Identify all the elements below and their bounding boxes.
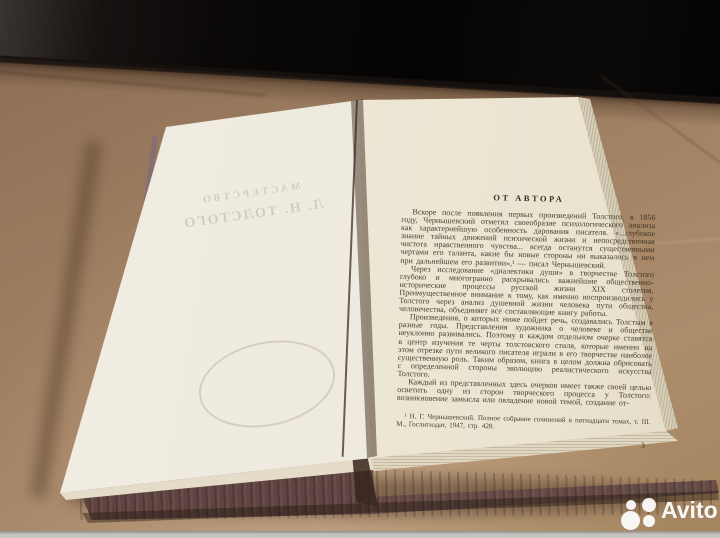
paragraph: Вскоре после появления первых произведен… xyxy=(400,208,655,271)
floor-strip xyxy=(0,531,720,538)
avito-logo-dot-icon xyxy=(626,500,636,510)
avito-watermark: Avito xyxy=(620,493,720,535)
avito-logo-dot-icon xyxy=(642,498,656,512)
paragraph: Произведения, о которых ниже пойдет речь… xyxy=(397,313,653,384)
avito-logo-dot-icon xyxy=(643,515,655,527)
page-text-block: ОТ АВТОРА Вскоре после появления первых … xyxy=(396,190,656,450)
paragraph: Каждый из представленных здесь очерков и… xyxy=(397,378,652,408)
avito-logo-dot-icon xyxy=(621,511,640,530)
avito-watermark-text: Avito xyxy=(661,497,718,524)
photo-scene: МАСТЕРСТВО Л. Н. ТОЛСТОГО ОТ АВТОРА Вско… xyxy=(0,0,720,538)
paragraph: Через исследование «диалектики души» в т… xyxy=(399,265,654,320)
footnote: ¹ Н. Г. Чернышевский. Полное собрание со… xyxy=(396,413,650,434)
